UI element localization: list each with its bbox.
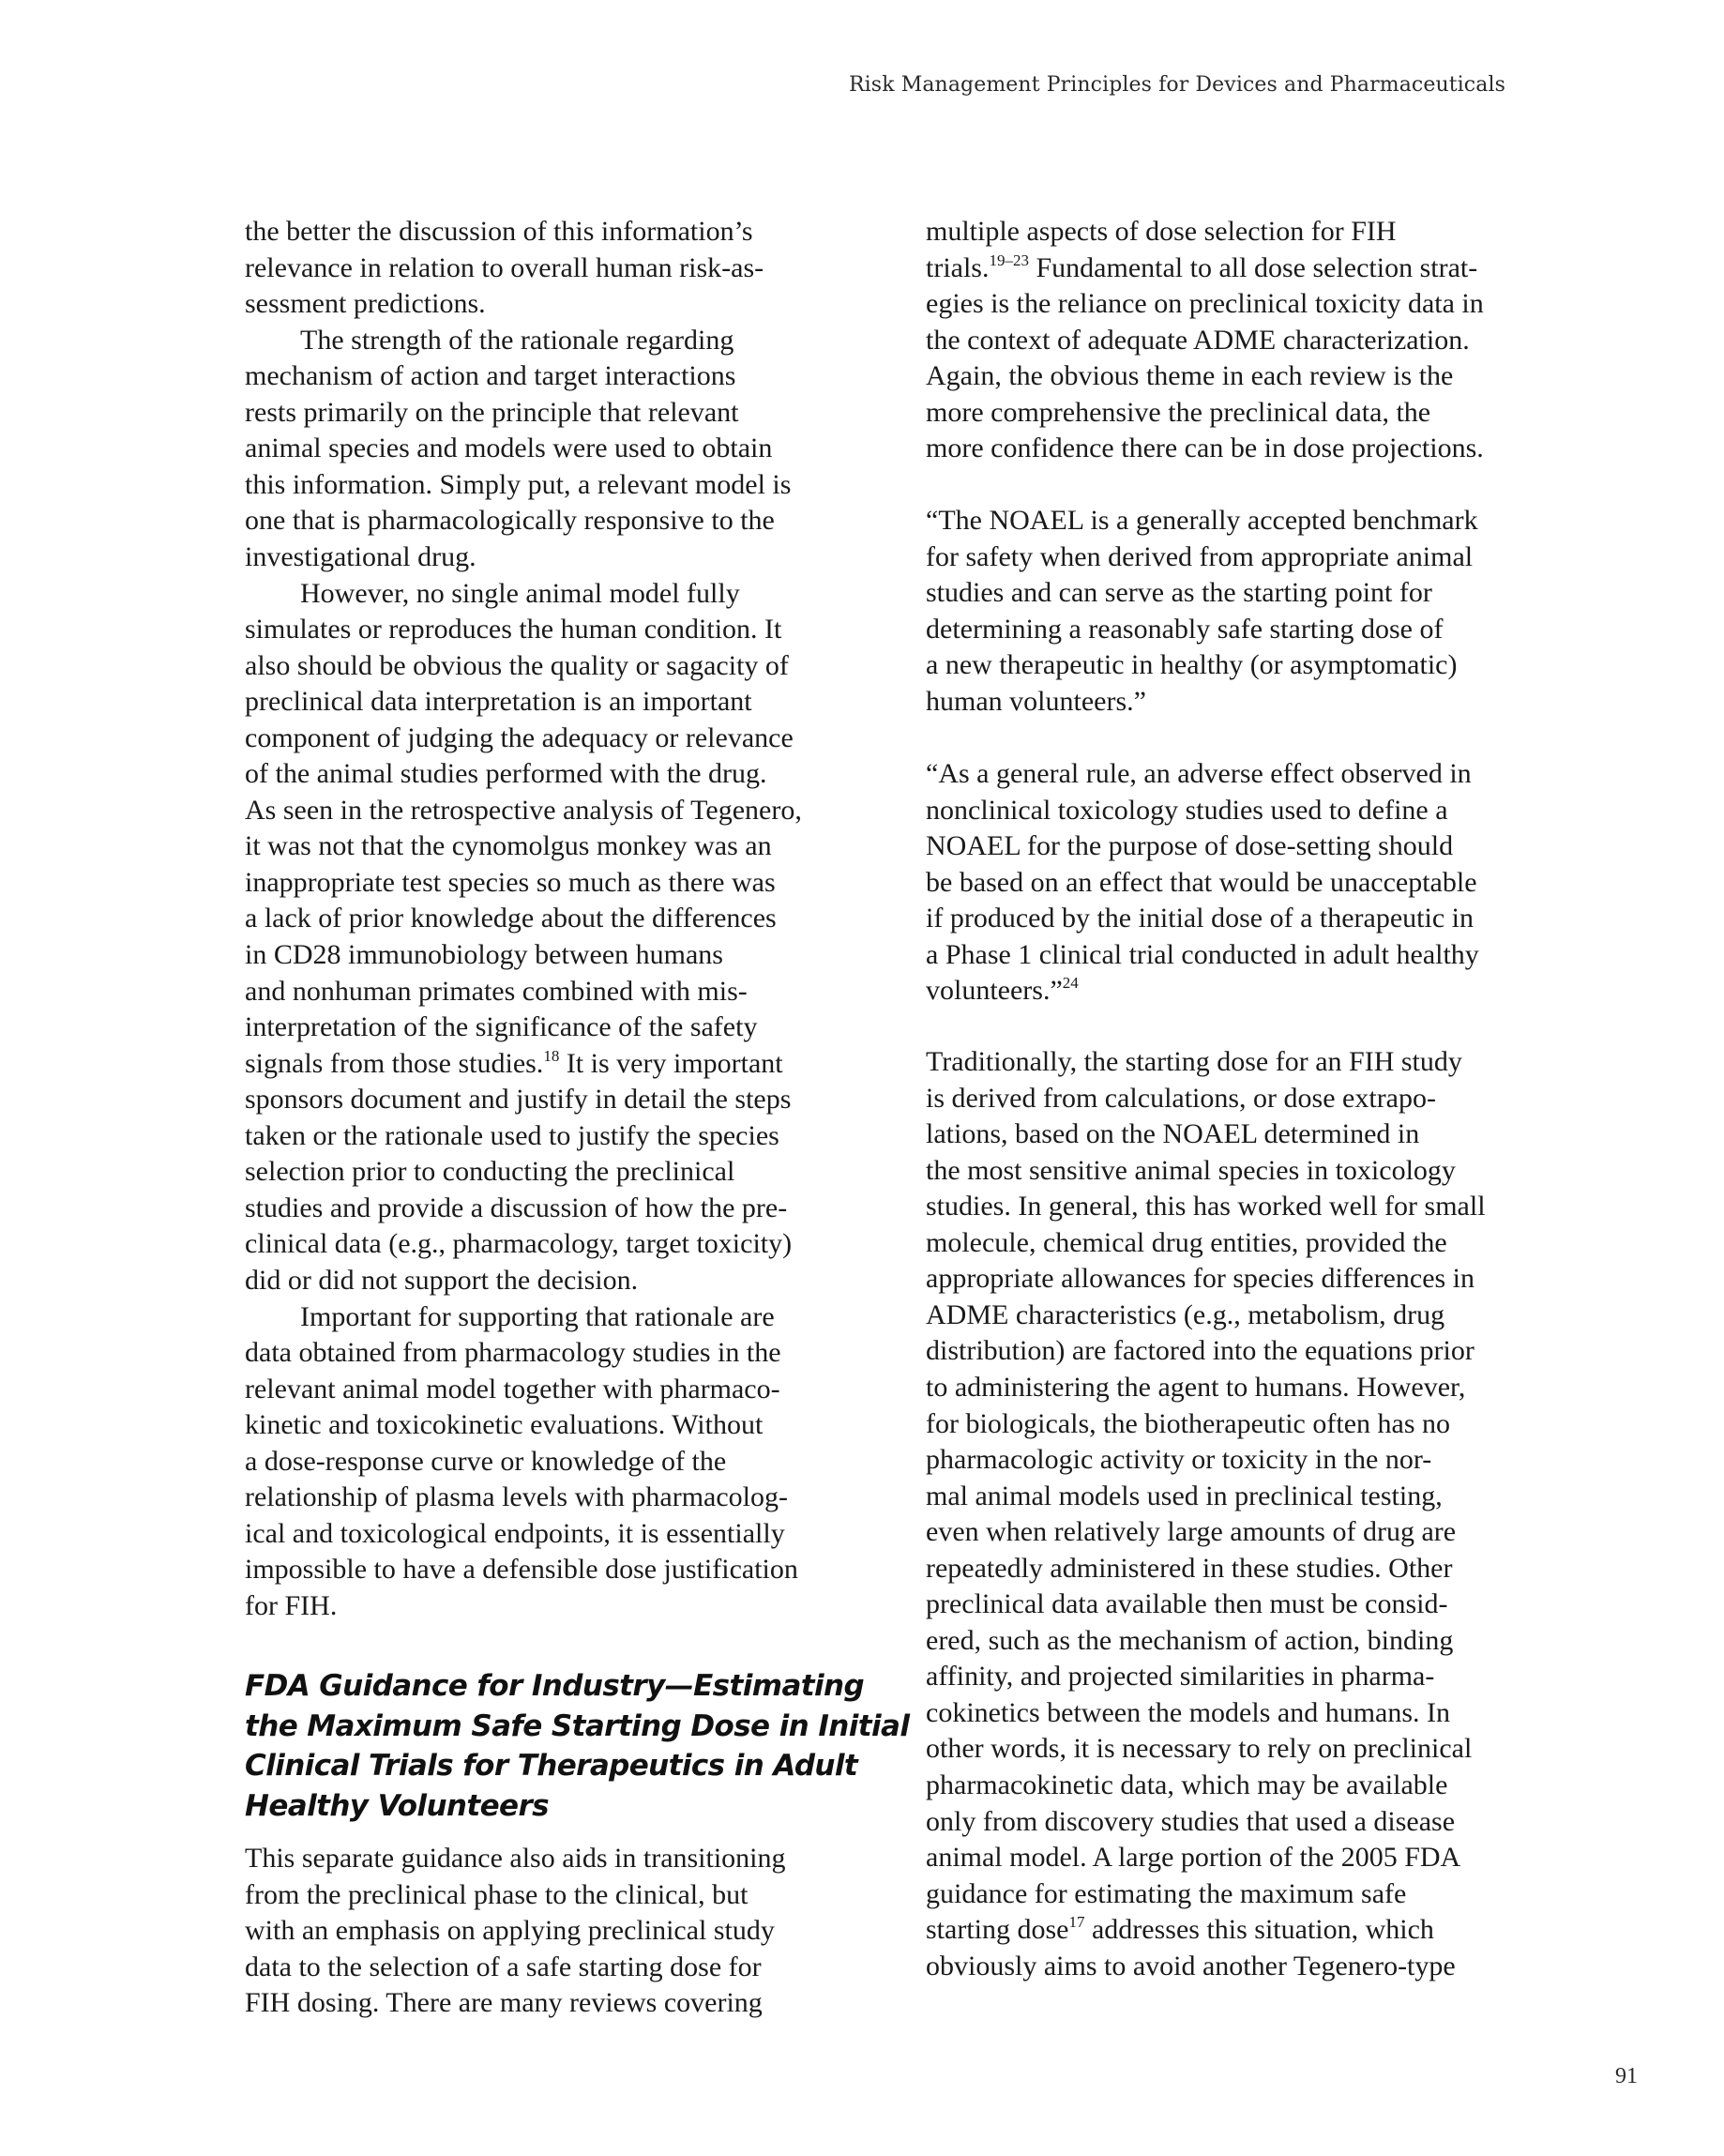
line-text: more comprehensive the preclinical data,… [926, 397, 1430, 428]
line-text: for FIH. [245, 1590, 337, 1621]
text-line: for FIH. [245, 1588, 337, 1624]
text-line: ADME characteristics (e.g., metabolism, … [926, 1298, 1444, 1333]
text-line: data to the selection of a safe starting… [245, 1950, 762, 1985]
text-line: ical and toxicological endpoints, it is … [245, 1516, 785, 1552]
line-text: also should be obvious the quality or sa… [245, 650, 789, 681]
line-text: ical and toxicological endpoints, it is … [245, 1518, 785, 1549]
line-text: pharmacokinetic data, which may be avail… [926, 1769, 1447, 1800]
line-text: Important for supporting that rationale … [300, 1301, 775, 1332]
text-line: mechanism of action and target interacti… [245, 358, 735, 394]
text-line: data obtained from pharmacology studies … [245, 1335, 781, 1371]
line-text: other words, it is necessary to rely on … [926, 1733, 1472, 1764]
line-text: Again, the obvious theme in each review … [926, 360, 1453, 391]
citation-superscript: 17 [1068, 1913, 1084, 1931]
text-line: guidance for estimating the maximum safe [926, 1876, 1406, 1912]
line-text: be based on an effect that would be unac… [926, 867, 1477, 898]
line-text: molecule, chemical drug entities, provid… [926, 1227, 1447, 1258]
text-line: relationship of plasma levels with pharm… [245, 1480, 788, 1515]
line-text: trials. [926, 252, 990, 283]
line-text: impossible to have a defensible dose jus… [245, 1554, 798, 1585]
text-line: component of judging the adequacy or rel… [245, 721, 794, 756]
citation-superscript: 24 [1063, 974, 1079, 992]
line-text: determining a reasonably safe starting d… [926, 614, 1443, 645]
text-line: nonclinical toxicology studies used to d… [926, 793, 1448, 828]
text-line: studies and can serve as the starting po… [926, 575, 1432, 611]
text-line: volunteers.”24 [926, 973, 1079, 1012]
text-line: determining a reasonably safe starting d… [926, 612, 1443, 647]
text-line: this information. Simply put, a relevant… [245, 467, 791, 503]
text-line: of the animal studies performed with the… [245, 756, 767, 792]
line-text: for safety when derived from appropriate… [926, 541, 1473, 572]
text-line: for safety when derived from appropriate… [926, 539, 1473, 575]
line-text: The strength of the rationale regarding [300, 325, 733, 356]
text-line: lations, based on the NOAEL determined i… [926, 1116, 1419, 1152]
line-text: nonclinical toxicology studies used to d… [926, 795, 1448, 826]
text-line: This separate guidance also aids in tran… [245, 1841, 786, 1876]
text-line: a lack of prior knowledge about the diff… [245, 901, 777, 936]
line-text: As seen in the retrospective analysis of… [245, 795, 802, 826]
line-text: a lack of prior knowledge about the diff… [245, 903, 777, 934]
line-text: with an emphasis on applying preclinical… [245, 1915, 775, 1946]
text-line: simulates or reproduces the human condit… [245, 612, 781, 647]
text-line: egies is the reliance on preclinical tox… [926, 286, 1484, 322]
text-line: “As a general rule, an adverse effect ob… [926, 756, 1472, 792]
line-text: mechanism of action and target interacti… [245, 360, 735, 391]
text-line: kinetic and toxicokinetic evaluations. W… [245, 1407, 763, 1443]
text-line: in CD28 immunobiology between humans [245, 937, 723, 973]
line-text: pharmacologic activity or toxicity in th… [926, 1444, 1431, 1475]
text-line: be based on an effect that would be unac… [926, 865, 1477, 901]
text-line: appropriate allowances for species diffe… [926, 1261, 1474, 1297]
text-line: As seen in the retrospective analysis of… [245, 793, 802, 828]
text-line: human volunteers.” [926, 684, 1146, 720]
line-text: obviously aims to avoid another Tegenero… [926, 1951, 1456, 1981]
line-text: cokinetics between the models and humans… [926, 1697, 1450, 1728]
text-line: repeatedly administered in these studies… [926, 1551, 1453, 1587]
text-line: pharmacologic activity or toxicity in th… [926, 1442, 1431, 1478]
section-heading-line: Healthy Volunteers [245, 1786, 549, 1826]
text-line: selection prior to conducting the precli… [245, 1154, 734, 1190]
text-line: trials.19–23 Fundamental to all dose sel… [926, 251, 1477, 290]
line-text: starting dose [926, 1914, 1068, 1945]
line-text: the context of adequate ADME characteriz… [926, 325, 1470, 356]
text-line: the most sensitive animal species in tox… [926, 1153, 1456, 1189]
line-text: it was not that the cynomolgus monkey wa… [245, 830, 772, 861]
text-line: investigational drug. [245, 539, 476, 575]
text-line: sessment predictions. [245, 286, 486, 322]
line-text: appropriate allowances for species diffe… [926, 1263, 1474, 1294]
line-text: studies. In general, this has worked wel… [926, 1191, 1486, 1222]
text-line: taken or the rationale used to justify t… [245, 1118, 779, 1154]
text-line: relevance in relation to overall human r… [245, 251, 764, 286]
text-line: “The NOAEL is a generally accepted bench… [926, 503, 1478, 539]
text-line: animal model. A large portion of the 200… [926, 1840, 1460, 1875]
line-text: this information. Simply put, a relevant… [245, 469, 791, 500]
line-text: even when relatively large amounts of dr… [926, 1516, 1456, 1547]
line-text: a new therapeutic in healthy (or asympto… [926, 649, 1457, 680]
line-text: ADME characteristics (e.g., metabolism, … [926, 1299, 1444, 1330]
line-text: studies and provide a discussion of how … [245, 1192, 787, 1223]
section-heading-line: Clinical Trials for Therapeutics in Adul… [245, 1746, 857, 1785]
text-line: molecule, chemical drug entities, provid… [926, 1225, 1447, 1261]
line-text: did or did not support the decision. [245, 1265, 638, 1296]
line-text: preclinical data available then must be … [926, 1588, 1447, 1619]
text-line: preclinical data available then must be … [926, 1587, 1447, 1622]
text-line: for biologicals, the biotherapeutic ofte… [926, 1406, 1450, 1442]
text-line: Important for supporting that rationale … [300, 1299, 775, 1335]
text-line: impossible to have a defensible dose jus… [245, 1552, 798, 1587]
text-line: multiple aspects of dose selection for F… [926, 214, 1397, 250]
text-line: more comprehensive the preclinical data,… [926, 395, 1430, 431]
line-text: egies is the reliance on preclinical tox… [926, 288, 1484, 319]
line-text: distribution) are factored into the equa… [926, 1335, 1474, 1366]
line-text: guidance for estimating the maximum safe [926, 1878, 1406, 1909]
line-text-continued: Fundamental to all dose selection strat- [1029, 252, 1477, 283]
line-text: is derived from calculations, or dose ex… [926, 1083, 1436, 1114]
text-line: starting dose17 addresses this situation… [926, 1912, 1434, 1951]
line-text: of the animal studies performed with the… [245, 758, 767, 789]
text-line: studies and provide a discussion of how … [245, 1191, 787, 1226]
text-line: a Phase 1 clinical trial conducted in ad… [926, 937, 1479, 973]
text-line: a new therapeutic in healthy (or asympto… [926, 647, 1457, 683]
line-text: animal model. A large portion of the 200… [926, 1842, 1460, 1873]
citation-superscript: 19–23 [990, 251, 1030, 269]
running-head: Risk Management Principles for Devices a… [849, 73, 1505, 97]
line-text: for biologicals, the biotherapeutic ofte… [926, 1408, 1450, 1439]
line-text: simulates or reproduces the human condit… [245, 614, 781, 645]
line-text: “The NOAEL is a generally accepted bench… [926, 505, 1478, 536]
line-text: data obtained from pharmacology studies … [245, 1337, 781, 1368]
line-text: in CD28 immunobiology between humans [245, 939, 723, 970]
section-heading-line: the Maximum Safe Starting Dose in Initia… [245, 1707, 909, 1746]
text-line: cokinetics between the models and humans… [926, 1695, 1450, 1731]
text-line: other words, it is necessary to rely on … [926, 1731, 1472, 1767]
text-line: a dose-response curve or knowledge of th… [245, 1444, 726, 1480]
text-line: The strength of the rationale regarding [300, 323, 733, 358]
text-line: also should be obvious the quality or sa… [245, 648, 789, 684]
text-line: is derived from calculations, or dose ex… [926, 1081, 1436, 1116]
text-line: Traditionally, the starting dose for an … [926, 1044, 1462, 1080]
line-text: to administering the agent to humans. Ho… [926, 1372, 1465, 1403]
line-text: clinical data (e.g., pharmacology, targe… [245, 1228, 792, 1259]
text-line: obviously aims to avoid another Tegenero… [926, 1949, 1456, 1984]
text-line: ered, such as the mechanism of action, b… [926, 1623, 1453, 1659]
line-text: studies and can serve as the starting po… [926, 577, 1432, 608]
line-text: relationship of plasma levels with pharm… [245, 1481, 788, 1512]
text-line: studies. In general, this has worked wel… [926, 1189, 1486, 1224]
line-text: kinetic and toxicokinetic evaluations. W… [245, 1409, 763, 1440]
line-text: only from discovery studies that used a … [926, 1806, 1455, 1837]
citation-superscript: 18 [543, 1047, 559, 1065]
line-text: preclinical data interpretation is an im… [245, 686, 752, 717]
text-line: did or did not support the decision. [245, 1263, 638, 1298]
line-text: signals from those studies. [245, 1048, 543, 1079]
text-line: even when relatively large amounts of dr… [926, 1514, 1456, 1550]
line-text: one that is pharmacologically responsive… [245, 505, 775, 536]
line-text: “As a general rule, an adverse effect ob… [926, 758, 1472, 789]
text-line: pharmacokinetic data, which may be avail… [926, 1768, 1447, 1803]
text-line: with an emphasis on applying preclinical… [245, 1913, 775, 1949]
text-line: However, no single animal model fully [300, 576, 740, 612]
line-text: the most sensitive animal species in tox… [926, 1155, 1456, 1186]
line-text: relevant animal model together with phar… [245, 1374, 780, 1404]
line-text: NOAEL for the purpose of dose-setting sh… [926, 830, 1453, 861]
text-line: interpretation of the significance of th… [245, 1010, 757, 1045]
line-text: the better the discussion of this inform… [245, 216, 753, 247]
text-line: signals from those studies.18 It is very… [245, 1046, 783, 1086]
line-text: data to the selection of a safe starting… [245, 1951, 762, 1982]
line-text: and nonhuman primates combined with mis- [245, 976, 748, 1007]
line-text: a Phase 1 clinical trial conducted in ad… [926, 939, 1479, 970]
line-text: if produced by the initial dose of a the… [926, 903, 1474, 934]
line-text: inappropriate test species so much as th… [245, 867, 776, 898]
text-line: and nonhuman primates combined with mis- [245, 974, 748, 1010]
line-text: This separate guidance also aids in tran… [245, 1843, 786, 1874]
line-text: lations, based on the NOAEL determined i… [926, 1118, 1419, 1149]
page-number: 91 [1615, 2064, 1638, 2089]
text-line: rests primarily on the principle that re… [245, 395, 739, 431]
text-line: inappropriate test species so much as th… [245, 865, 776, 901]
line-text: a dose-response curve or knowledge of th… [245, 1446, 726, 1477]
line-text: from the preclinical phase to the clinic… [245, 1879, 748, 1910]
text-line: more confidence there can be in dose pro… [926, 431, 1484, 466]
text-line: NOAEL for the purpose of dose-setting sh… [926, 828, 1453, 864]
text-line: from the preclinical phase to the clinic… [245, 1877, 748, 1913]
line-text-continued: It is very important [559, 1048, 782, 1079]
line-text: However, no single animal model fully [300, 578, 740, 609]
line-text: more confidence there can be in dose pro… [926, 433, 1484, 463]
line-text: sessment predictions. [245, 288, 486, 319]
line-text: volunteers.” [926, 975, 1063, 1006]
text-line: clinical data (e.g., pharmacology, targe… [245, 1226, 792, 1262]
line-text: relevance in relation to overall human r… [245, 252, 764, 283]
line-text: rests primarily on the principle that re… [245, 397, 739, 428]
line-text: animal species and models were used to o… [245, 433, 772, 463]
section-heading-line: FDA Guidance for Industry—Estimating [245, 1666, 864, 1706]
text-line: Again, the obvious theme in each review … [926, 358, 1453, 394]
text-line: it was not that the cynomolgus monkey wa… [245, 828, 772, 864]
line-text-continued: addresses this situation, which [1084, 1914, 1433, 1945]
line-text: investigational drug. [245, 541, 476, 572]
line-text: taken or the rationale used to justify t… [245, 1120, 779, 1151]
line-text: repeatedly administered in these studies… [926, 1553, 1453, 1584]
line-text: multiple aspects of dose selection for F… [926, 216, 1397, 247]
text-line: preclinical data interpretation is an im… [245, 684, 752, 720]
text-line: relevant animal model together with phar… [245, 1372, 780, 1407]
line-text: mal animal models used in preclinical te… [926, 1480, 1443, 1511]
text-line: affinity, and projected similarities in … [926, 1659, 1434, 1694]
line-text: interpretation of the significance of th… [245, 1011, 757, 1042]
text-line: sponsors document and justify in detail … [245, 1082, 791, 1117]
line-text: ered, such as the mechanism of action, b… [926, 1625, 1453, 1656]
line-text: Traditionally, the starting dose for an … [926, 1046, 1462, 1077]
line-text: selection prior to conducting the precli… [245, 1156, 734, 1187]
line-text: component of judging the adequacy or rel… [245, 722, 794, 753]
text-line: one that is pharmacologically responsive… [245, 503, 775, 539]
text-line: the better the discussion of this inform… [245, 214, 753, 250]
text-line: mal animal models used in preclinical te… [926, 1479, 1443, 1514]
text-line: the context of adequate ADME characteriz… [926, 323, 1470, 358]
text-line: if produced by the initial dose of a the… [926, 901, 1474, 936]
text-line: distribution) are factored into the equa… [926, 1333, 1474, 1369]
line-text: human volunteers.” [926, 686, 1146, 717]
line-text: affinity, and projected similarities in … [926, 1661, 1434, 1692]
line-text: FIH dosing. There are many reviews cover… [245, 1987, 763, 2018]
text-line: animal species and models were used to o… [245, 431, 772, 466]
text-line: to administering the agent to humans. Ho… [926, 1370, 1465, 1405]
line-text: sponsors document and justify in detail … [245, 1084, 791, 1115]
text-line: only from discovery studies that used a … [926, 1804, 1455, 1840]
text-line: FIH dosing. There are many reviews cover… [245, 1985, 763, 2021]
